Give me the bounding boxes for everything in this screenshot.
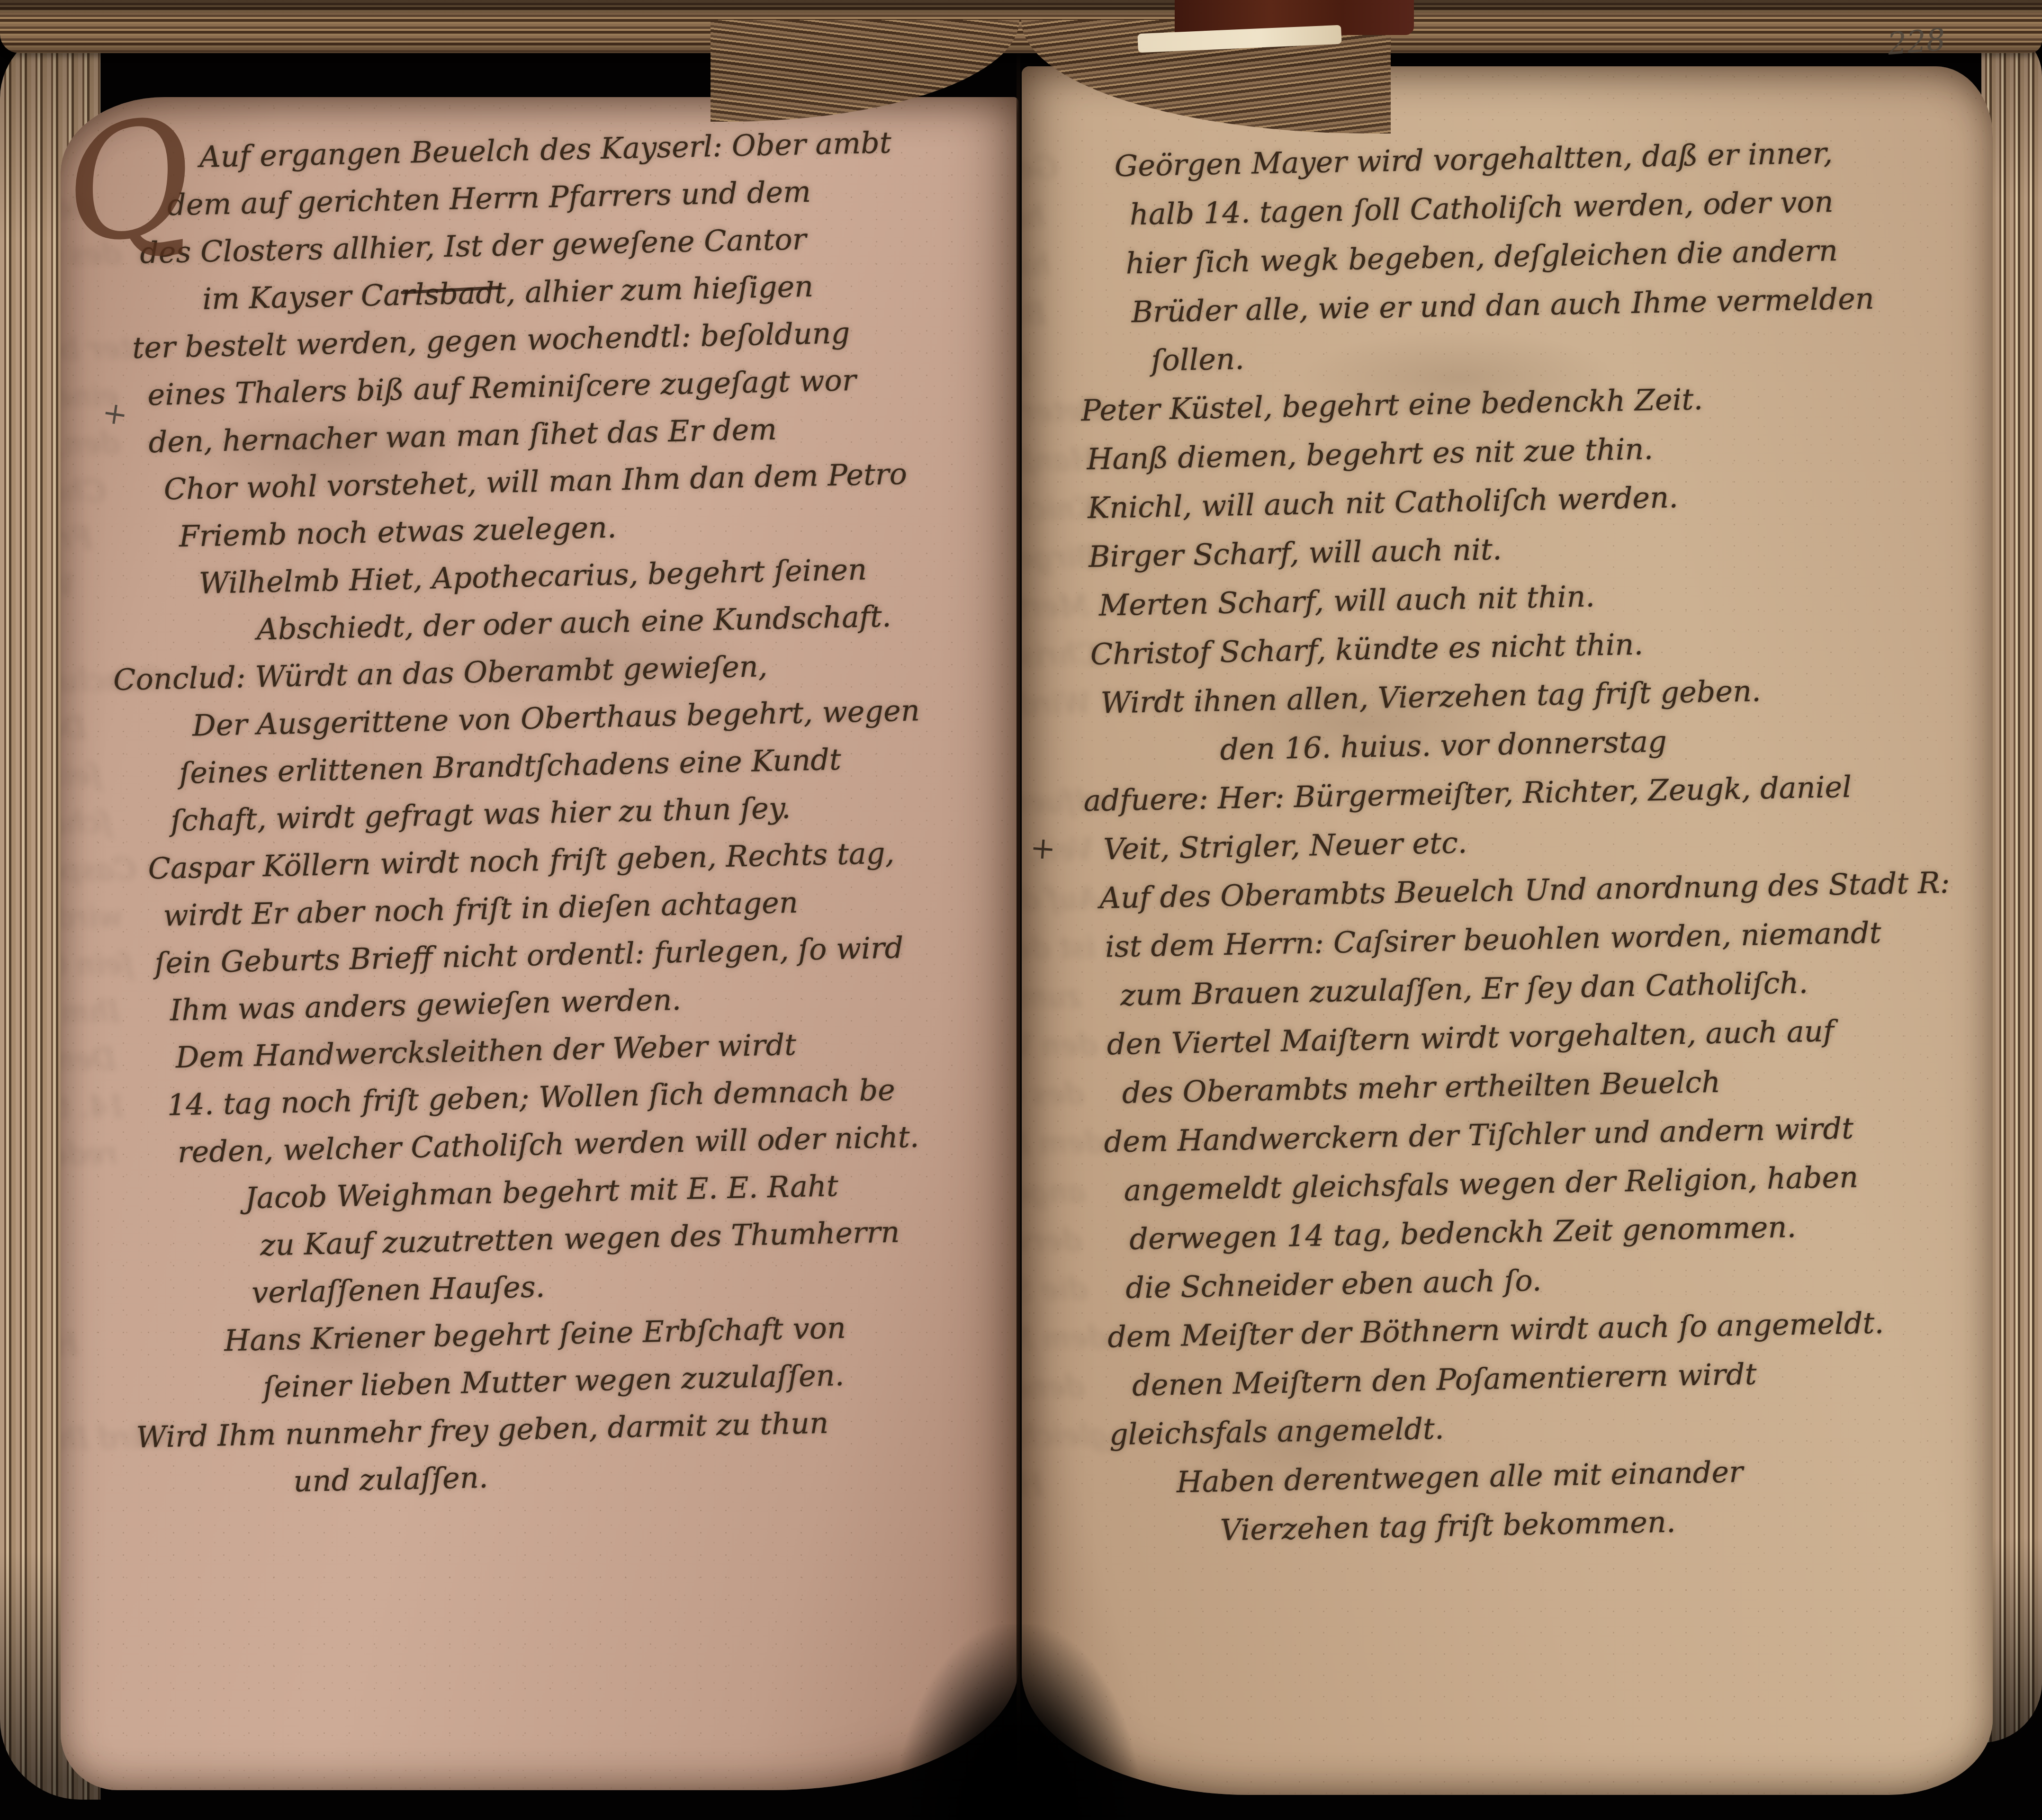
margin-cross-mark: +: [1029, 830, 1057, 867]
left-page: Q Auf ergangen Beuelch des Kayserl: Ober…: [61, 97, 1018, 1790]
manuscript-line: Haben derentwegen alle mit einander: [1022, 1460, 1043, 1524]
right-page: Geörgen Mayer wird vorgehaltten, daß er …: [1022, 66, 1993, 1795]
book-gutter: [1017, 45, 1020, 1778]
right-page-text: Geörgen Mayer wird vorgehaltten, daß er …: [1086, 126, 1993, 1557]
margin-cross-mark: +: [100, 395, 130, 433]
manuscript-line: reden, welcher Catholiſch werden will od…: [61, 1130, 117, 1192]
book-spread-photo: Q Auf ergangen Beuelch des Kayserl: Ober…: [0, 0, 2042, 1820]
manuscript-line: Wirdt ihnen allen, Vierzehen tag friſt g…: [1022, 679, 1091, 743]
book-top-edge: [0, 0, 2042, 53]
left-page-text: Auf ergangen Beuelch des Kayserl: Ober a…: [128, 116, 1018, 1508]
manuscript-line: Hans Kriener begehrt ſeine Erbſchaft von: [61, 1320, 78, 1382]
gutter-bottom-shadow: [895, 1624, 1142, 1820]
manuscript-line: Wilhelmb Hiet, Apothecarius, begehrt ſei…: [61, 562, 74, 624]
page-number: 228: [1886, 22, 1947, 62]
initial-flourish: Q: [61, 97, 204, 269]
